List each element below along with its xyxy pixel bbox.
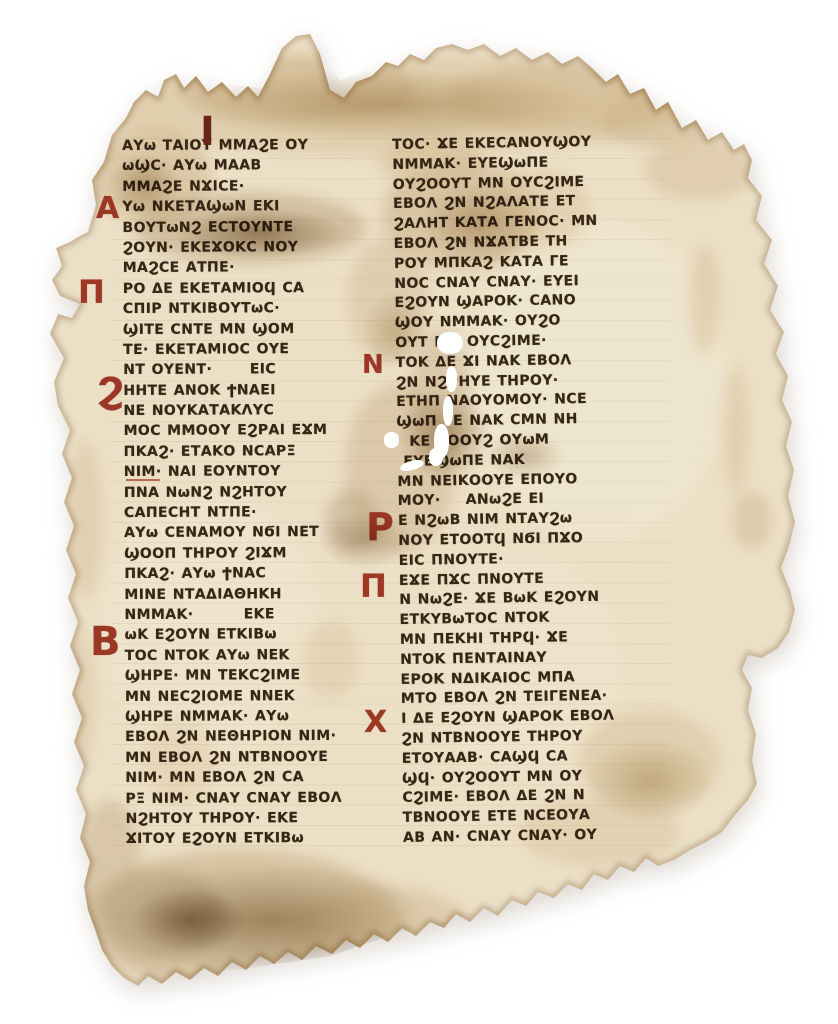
text-line: ΜΜΑϨΕ ΝϪΙCΕ· (122, 175, 398, 197)
text-line: ΝΙΜ· ΝΑΙ ΕΟΥΝΤΟΥ (124, 461, 400, 483)
hole (443, 396, 453, 426)
text-line: CΠΙΡ ΝΤΚΙΒΟΥΤωC· (123, 298, 399, 320)
text-line: ΝΤ ΟΥΕΝΤ· ΕΙC (123, 359, 399, 381)
text-column-right: ΤΟC· ϪΕ ΕΚΕCΑΝΟΥϢΟΥ ΝΜΜΑΚ· ΕΥΕϢωΠΕ ΟΥϨΟΟ… (392, 132, 679, 849)
stain (110, 875, 270, 965)
rubric-initial: Β (90, 622, 121, 662)
rubric-initial: Ϩ (97, 374, 123, 410)
text-line: ΝΙΜ· ΜΝ ΕΒΟΛ ϨΝ CΑ (125, 767, 401, 789)
text-line: ΝΕ ΝΟΥΚΑΤΑΚΛΥC (123, 400, 399, 422)
text-line: ΠΝΑ ΝωΝϨ ΝϨΗΤΟΥ (124, 481, 400, 503)
text-line: ΑΥω ΤΑΙΟΥ ΜΜΑϨΕ ΟΥ (122, 135, 398, 157)
text-line: CΑΠΕCΗΤ ΝΤΠΕ· (124, 502, 400, 524)
text-line: ΤΕ· ΕΚΕΤΑΜΙΟC ΟΥΕ (123, 338, 399, 360)
text-line: ΒΟΥΤωΝϨ ΕCΤΟΥΝΤΕ (122, 216, 398, 238)
text-line: ΤΟC ΝΤΟΚ ΑΥω ΝΕΚ (125, 644, 401, 666)
hole (446, 366, 457, 392)
rubric-initial: Π (360, 570, 387, 602)
text-line: ΠΚΑϨ· ΕΤΑΚΟ ΝCΑΡΞ (124, 440, 400, 462)
text-line: ϢΟΟΠ ΤΗΡΟΥ ϨΙϪΜ (124, 542, 400, 564)
text-line: ϢΗΡΕ ΝΜΜΑΚ· ΑΥω (125, 705, 401, 727)
text-line: ϢΙΤΕ CΝΤΕ ΜΝ ϢΟΜ (123, 318, 399, 340)
text-line: ϨΟΥΝ· ΕΚΕϪΟΚC ΝΟΥ (123, 237, 399, 259)
text-line: ΠΚΑϨ· ΑΥω ϮΝΑC (124, 563, 400, 585)
text-line: ΑΥω CΕΝΑΜΟΥ ΝϬΙ ΝΕΤ (124, 522, 400, 544)
hole (429, 448, 443, 466)
rubric-initial: Ρ (366, 508, 394, 546)
text-line: Υω ΝΚΕΤΑϢωΝ ΕΚΙ (122, 196, 398, 218)
text-line: ϢΗΡΕ· ΜΝ ΤΕΚCϨΙΜΕ (125, 665, 401, 687)
text-line: ΝϨΗΤΟΥ ΤΗΡΟΥ· ΕΚΕ (126, 807, 402, 829)
hole (384, 432, 399, 448)
text-line: ΜΑϨCΕ ΑΤΠΕ· (123, 257, 399, 279)
text-line: ΕΒΟΛ ϨΝ ΝΕΘΗΡΙΟΝ ΝΙΜ· (125, 726, 401, 748)
text-line: ΜΝ ΝΕCϨΙΟΜΕ ΝΝΕΚ (125, 685, 401, 707)
rubric-initial: Ν (362, 352, 384, 378)
rubric-initial: Χ (364, 708, 387, 738)
text-column-left: ΑΥω ΤΑΙΟΥ ΜΜΑϨΕ ΟΥ ωϢC· ΑΥω ΜΑΑΒ ΜΜΑϨΕ Ν… (122, 135, 402, 850)
text-line: ωΚ ΕϨΟΥΝ ΕΤΚΙΒω (125, 624, 401, 646)
text-line: ΡΟ ΔΕ ΕΚΕΤΑΜΙΟϤ CΑ (123, 277, 399, 299)
text-line: ΝΜΜΑΚ· ΕΚΕ (124, 604, 400, 626)
hole (437, 332, 463, 354)
photo-of-manuscript-leaf: ΑΥω ΤΑΙΟΥ ΜΜΑϨΕ ΟΥ ωϢC· ΑΥω ΜΑΑΒ ΜΜΑϨΕ Ν… (0, 0, 838, 1024)
rubric-initial: Α (96, 194, 119, 224)
tall-initial-letter: Ι (200, 112, 215, 152)
rubric-initial: Π (78, 276, 105, 308)
text-line: ΜΝ ΕΒΟΛ ϨΝ ΝΤΒΝΟΟΥΕ (125, 746, 401, 768)
red-underline (126, 479, 160, 481)
text-line: ΜΟC ΜΜΟΟΥ ΕϨΡΑΙ ΕϪΜ (123, 420, 399, 442)
text-line: ΗΗΤΕ ΑΝΟΚ ϮΝΑΕΙ (123, 379, 399, 401)
text-line: ϪΙΤΟΥ ΕϨΟΥΝ ΕΤΚΙΒω (126, 828, 402, 850)
text-line: ωϢC· ΑΥω ΜΑΑΒ (122, 155, 398, 177)
text-line: ΡΞ ΝΙΜ· CΝΑΥ CΝΑΥ ΕΒΟΛ (125, 787, 401, 809)
